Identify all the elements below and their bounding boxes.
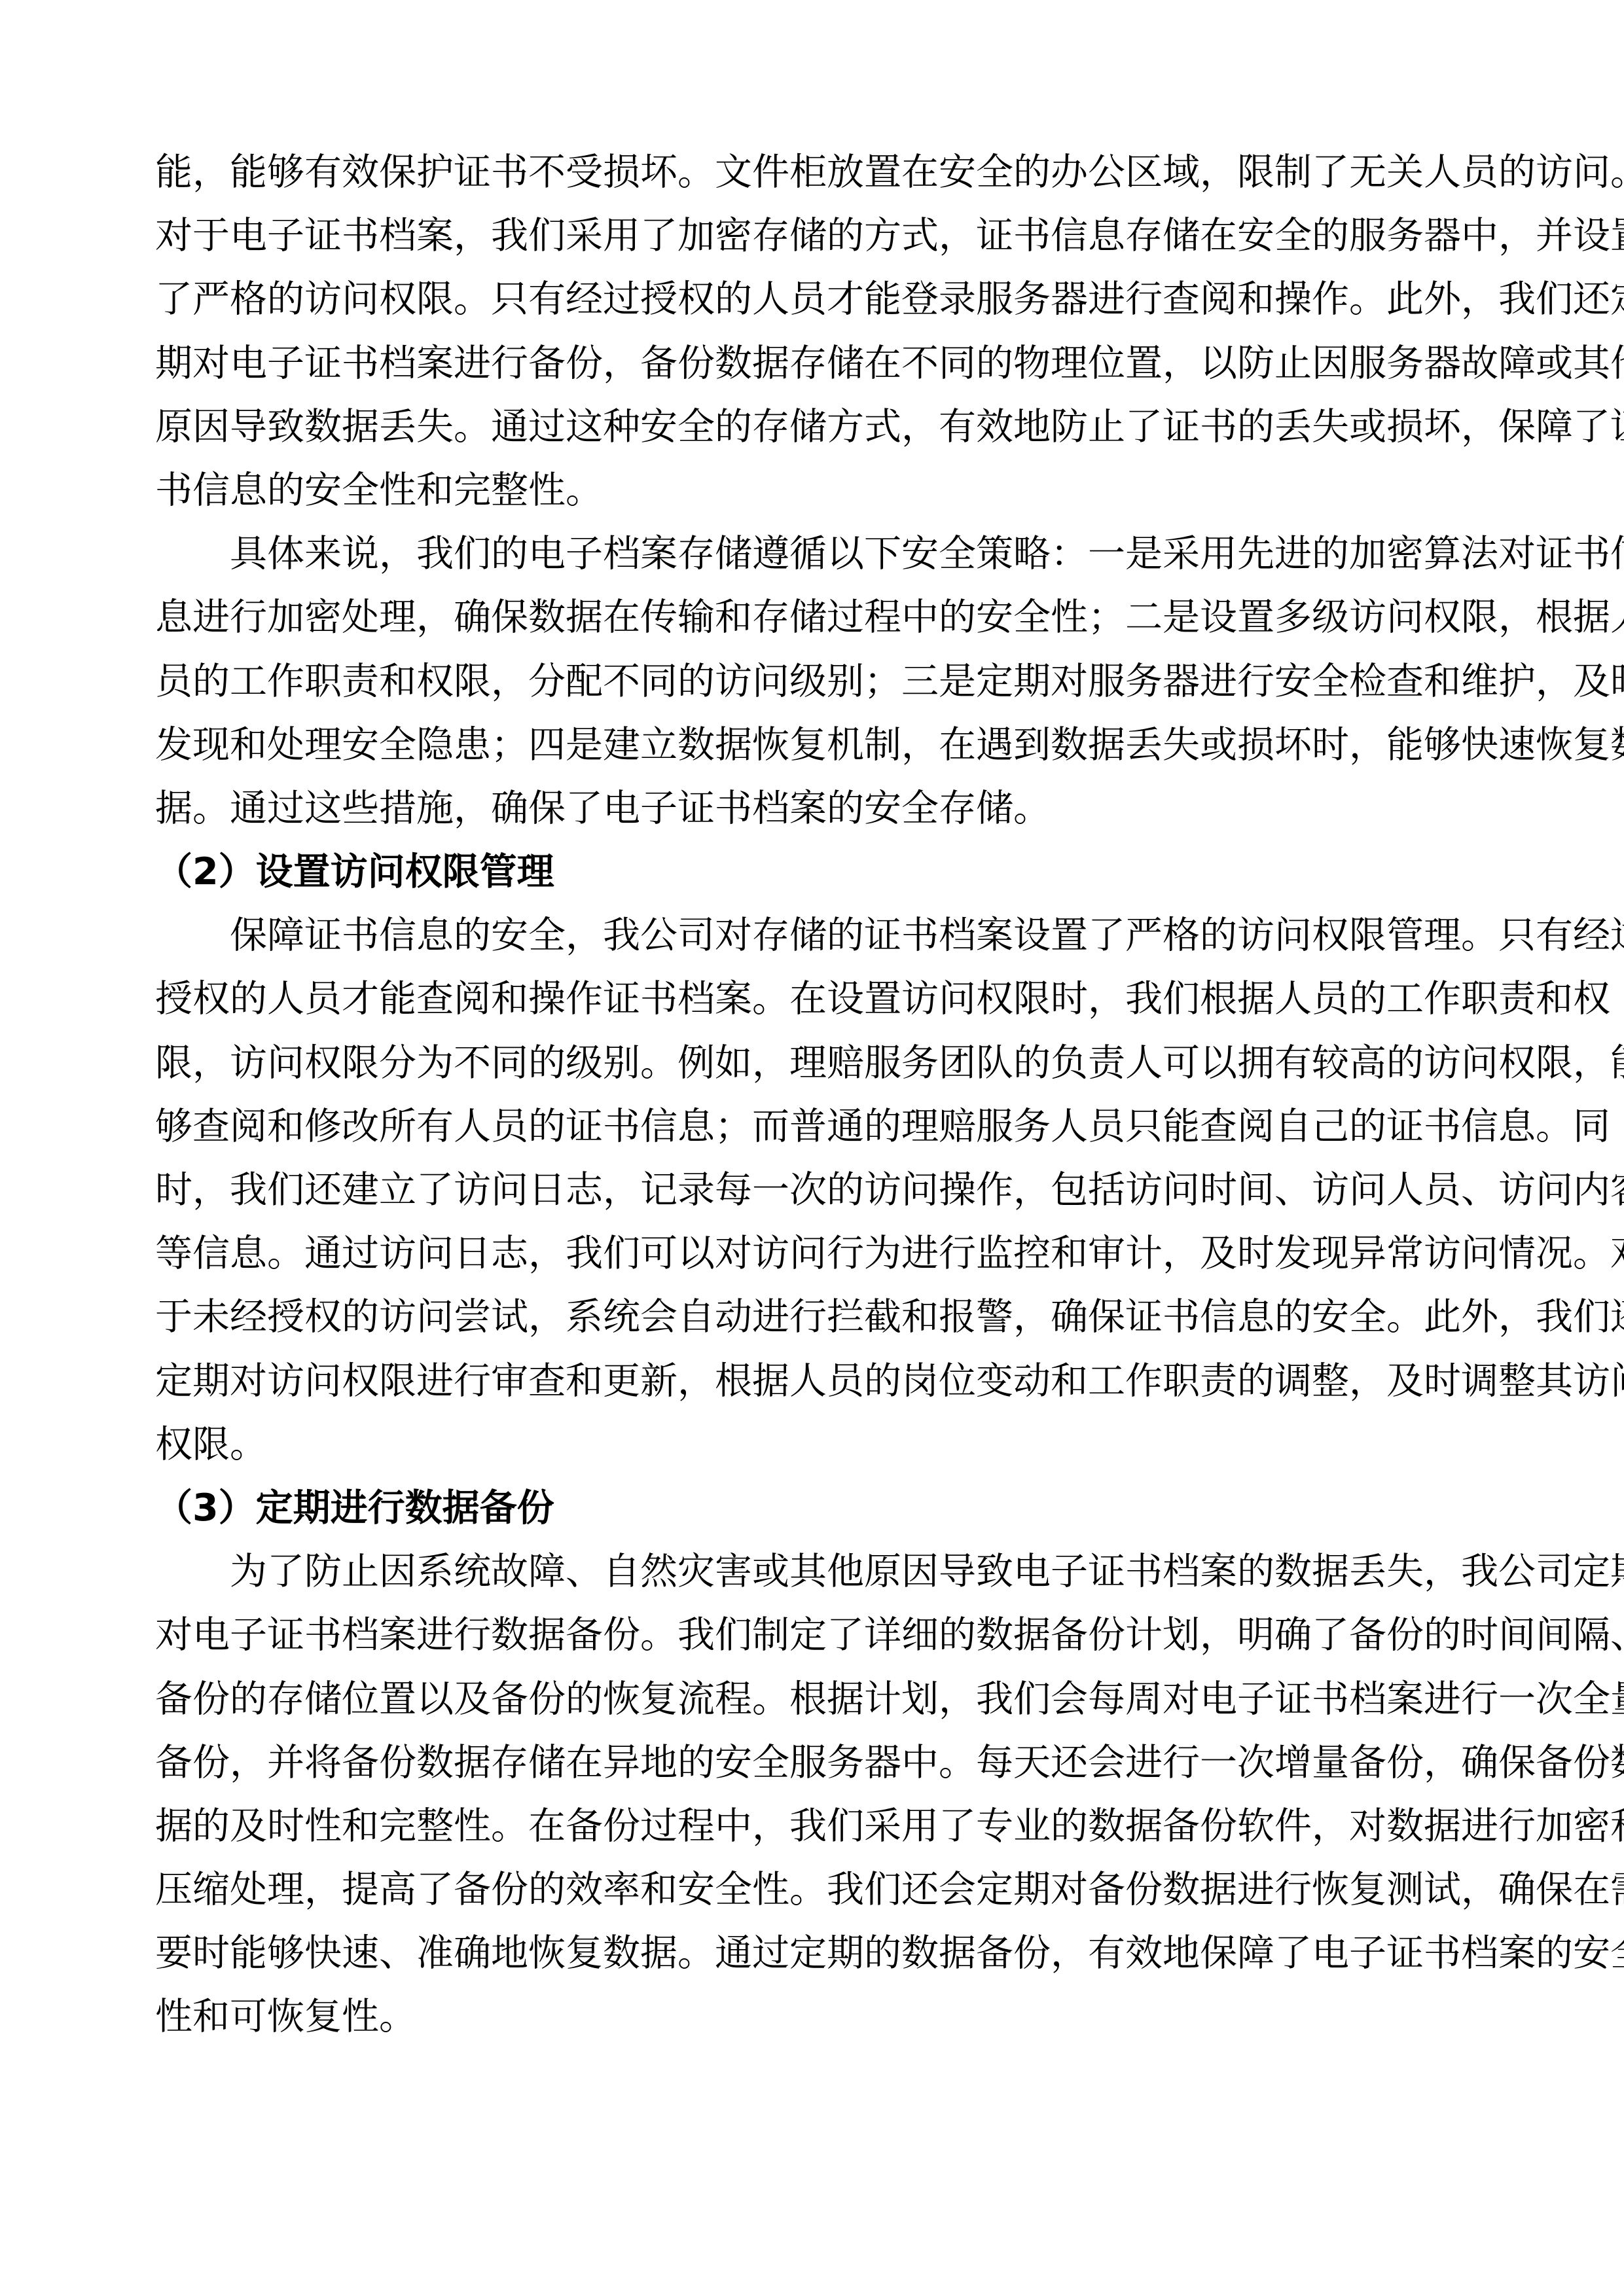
text-line: 备份，并将备份数据存储在异地的安全服务器中。每天还会进行一次增量备份，确保备份数 — [155, 1731, 1466, 1795]
text-line: 时，我们还建立了访问日志，记录每一次的访问操作，包括访问时间、访问人员、访问内容 — [155, 1158, 1466, 1222]
text-line: 等信息。通过访问日志，我们可以对访问行为进行监控和审计，及时发现异常访问情况。对 — [155, 1222, 1466, 1285]
text-line: 对电子证书档案进行数据备份。我们制定了详细的数据备份计划，明确了备份的时间间隔、 — [155, 1604, 1466, 1667]
paragraph-data-backup: 为了防止因系统故障、自然灾害或其他原因导致电子证书档案的数据丢失，我公司定期 对… — [155, 1540, 1466, 2049]
text-line: 定期对访问权限进行审查和更新，根据人员的岗位变动和工作职责的调整，及时调整其访问 — [155, 1350, 1466, 1413]
text-line: 了严格的访问权限。只有经过授权的人员才能登录服务器进行查阅和操作。此外，我们还定 — [155, 268, 1466, 331]
document-page: 能，能够有效保护证书不受损坏。文件柜放置在安全的办公区域，限制了无关人员的访问。… — [0, 0, 1624, 2296]
text-line: 为了防止因系统故障、自然灾害或其他原因导致电子证书档案的数据丢失，我公司定期 — [155, 1540, 1466, 1604]
text-line: 限，访问权限分为不同的级别。例如，理赔服务团队的负责人可以拥有较高的访问权限，能 — [155, 1031, 1466, 1095]
text-line: 压缩处理，提高了备份的效率和安全性。我们还会定期对备份数据进行恢复测试，确保在需 — [155, 1858, 1466, 1922]
text-line: 性和可恢复性。 — [155, 1985, 1466, 2049]
paragraph-access-control: 保障证书信息的安全，我公司对存储的证书档案设置了严格的访问权限管理。只有经过 授… — [155, 904, 1466, 1477]
text-line: 具体来说，我们的电子档案存储遵循以下安全策略：一是采用先进的加密算法对证书信 — [155, 522, 1466, 586]
text-line: 保障证书信息的安全，我公司对存储的证书档案设置了严格的访问权限管理。只有经过 — [155, 904, 1466, 967]
text-line: 据。通过这些措施，确保了电子证书档案的安全存储。 — [155, 777, 1466, 840]
text-line: 对于电子证书档案，我们采用了加密存储的方式，证书信息存储在安全的服务器中，并设置 — [155, 204, 1466, 268]
text-line: 原因导致数据丢失。通过这种安全的存储方式，有效地防止了证书的丢失或损坏，保障了证 — [155, 395, 1466, 459]
text-line: 员的工作职责和权限，分配不同的访问级别；三是定期对服务器进行安全检查和维护，及时 — [155, 650, 1466, 713]
text-line: 书信息的安全性和完整性。 — [155, 459, 1466, 522]
text-line: 息进行加密处理，确保数据在传输和存储过程中的安全性；二是设置多级访问权限，根据人 — [155, 586, 1466, 649]
text-line: 够查阅和修改所有人员的证书信息；而普通的理赔服务人员只能查阅自己的证书信息。同 — [155, 1095, 1466, 1158]
document-body: 能，能够有效保护证书不受损坏。文件柜放置在安全的办公区域，限制了无关人员的访问。… — [155, 141, 1466, 2049]
section-heading-data-backup: （3）定期进行数据备份 — [155, 1477, 1466, 1540]
text-line: 发现和处理安全隐患；四是建立数据恢复机制，在遇到数据丢失或损坏时，能够快速恢复数 — [155, 713, 1466, 777]
paragraph-security-strategy: 具体来说，我们的电子档案存储遵循以下安全策略：一是采用先进的加密算法对证书信 息… — [155, 522, 1466, 840]
text-line: 授权的人员才能查阅和操作证书档案。在设置访问权限时，我们根据人员的工作职责和权 — [155, 967, 1466, 1031]
text-line: 于未经授权的访问尝试，系统会自动进行拦截和报警，确保证书信息的安全。此外，我们还 — [155, 1285, 1466, 1349]
text-line: 能，能够有效保护证书不受损坏。文件柜放置在安全的办公区域，限制了无关人员的访问。 — [155, 141, 1466, 204]
section-heading-access-control: （2）设置访问权限管理 — [155, 840, 1466, 904]
text-line: 权限。 — [155, 1413, 1466, 1477]
text-line: 期对电子证书档案进行备份，备份数据存储在不同的物理位置，以防止因服务器故障或其他 — [155, 332, 1466, 395]
text-line: 据的及时性和完整性。在备份过程中，我们采用了专业的数据备份软件，对数据进行加密和 — [155, 1795, 1466, 1858]
text-line: 要时能够快速、准确地恢复数据。通过定期的数据备份，有效地保障了电子证书档案的安全 — [155, 1922, 1466, 1985]
text-line: 备份的存储位置以及备份的恢复流程。根据计划，我们会每周对电子证书档案进行一次全量 — [155, 1668, 1466, 1731]
paragraph-storage-continued: 能，能够有效保护证书不受损坏。文件柜放置在安全的办公区域，限制了无关人员的访问。… — [155, 141, 1466, 522]
